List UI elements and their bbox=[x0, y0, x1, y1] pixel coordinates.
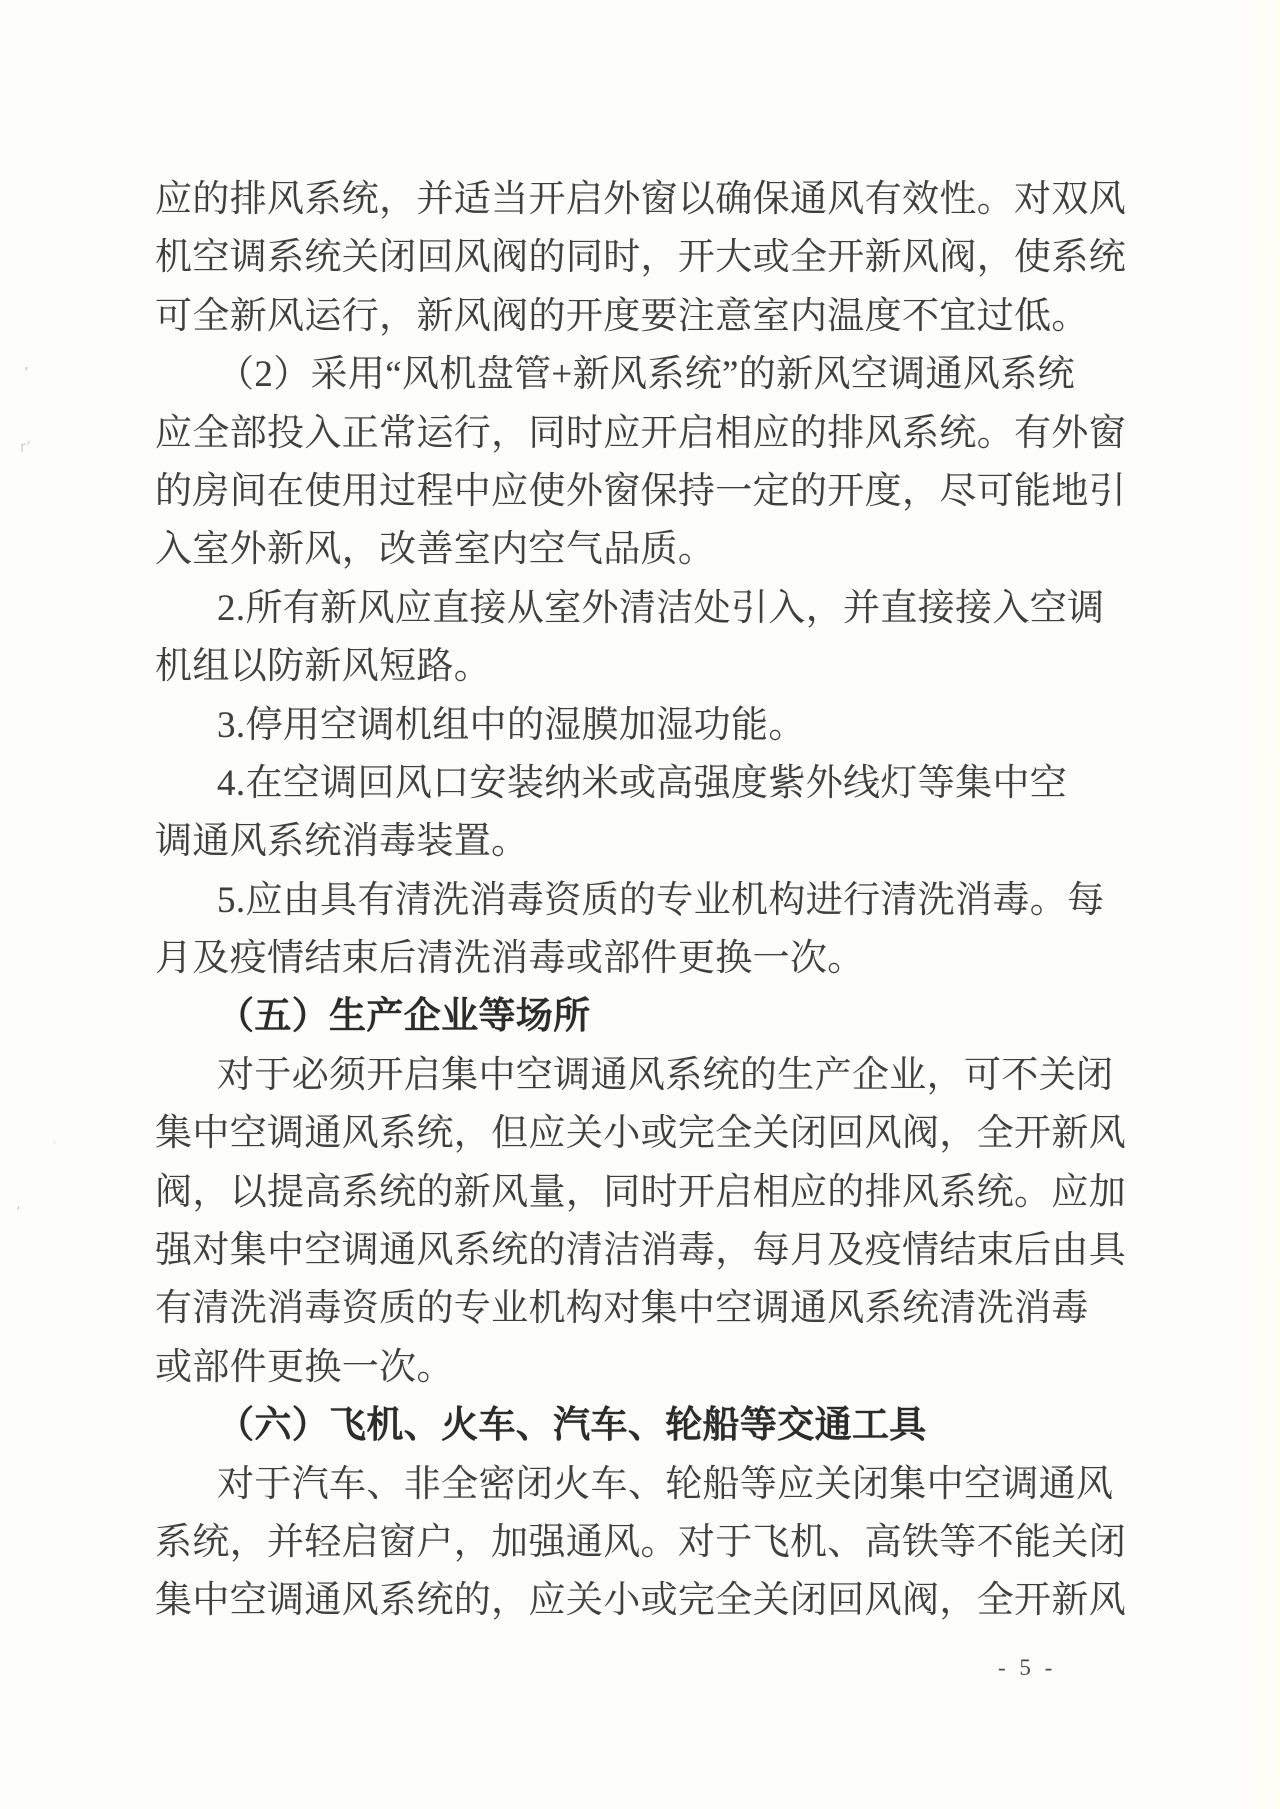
text-line: 阀，以提高系统的新风量，同时开启相应的排风系统。应加 bbox=[155, 1164, 1140, 1222]
text-line: 机空调系统关闭回风阀的同时，开大或全开新风阀，使系统 bbox=[155, 229, 1140, 287]
text-line: 对于汽车、非全密闭火车、轮船等应关闭集中空调通风 bbox=[155, 1456, 1140, 1514]
text-line: 2.所有新风应直接从室外清洁处引入，并直接接入空调 bbox=[155, 580, 1140, 638]
section-heading: （五）生产企业等场所 bbox=[155, 988, 1140, 1046]
text-line: 集中空调通风系统，但应关小或完全关闭回风阀，全开新风 bbox=[155, 1105, 1140, 1163]
text-line: 入室外新风，改善室内空气品质。 bbox=[155, 521, 1140, 579]
scan-artifact: ’ bbox=[24, 366, 29, 381]
section-heading: （六）飞机、火车、汽车、轮船等交通工具 bbox=[155, 1397, 1140, 1455]
scan-artifact: r’ bbox=[20, 440, 31, 455]
document-text-block: 应的排风系统，并适当开启外窗以确保通风有效性。对双风机空调系统关闭回风阀的同时，… bbox=[155, 171, 1140, 1631]
text-line: 集中空调通风系统的，应关小或完全关闭回风阀，全开新风 bbox=[155, 1572, 1140, 1630]
text-line: 月及疫情结束后清洗消毒或部件更换一次。 bbox=[155, 930, 1140, 988]
text-line: 4.在空调回风口安装纳米或高强度紫外线灯等集中空 bbox=[155, 755, 1140, 813]
text-line: 应的排风系统，并适当开启外窗以确保通风有效性。对双风 bbox=[155, 171, 1140, 229]
scanned-document-page: 应的排风系统，并适当开启外窗以确保通风有效性。对双风机空调系统关闭回风阀的同时，… bbox=[0, 0, 1280, 1809]
text-line: 的房间在使用过程中应使外窗保持一定的开度，尽可能地引 bbox=[155, 463, 1140, 521]
text-line: 机组以防新风短路。 bbox=[155, 638, 1140, 696]
text-line: 有清洗消毒资质的专业机构对集中空调通风系统清洗消毒 bbox=[155, 1280, 1140, 1338]
scan-artifact: ‘ bbox=[16, 1205, 21, 1220]
text-line: 5.应由具有清洗消毒资质的专业机构进行清洗消毒。每 bbox=[155, 872, 1140, 930]
text-line: 或部件更换一次。 bbox=[155, 1339, 1140, 1397]
text-line: 强对集中空调通风系统的清洁消毒，每月及疫情结束后由具 bbox=[155, 1222, 1140, 1280]
page-number: - 5 - bbox=[998, 1655, 1056, 1681]
text-line: 3.停用空调机组中的湿膜加湿功能。 bbox=[155, 697, 1140, 755]
scan-artifact: · bbox=[52, 1136, 57, 1151]
text-line: 可全新风运行，新风阀的开度要注意室内温度不宜过低。 bbox=[155, 288, 1140, 346]
text-line: 系统，并轻启窗户，加强通风。对于飞机、高铁等不能关闭 bbox=[155, 1514, 1140, 1572]
text-line: （2）采用“风机盘管+新风系统”的新风空调通风系统 bbox=[155, 346, 1140, 404]
text-line: 应全部投入正常运行，同时应开启相应的排风系统。有外窗 bbox=[155, 405, 1140, 463]
text-line: 调通风系统消毒装置。 bbox=[155, 813, 1140, 871]
text-line: 对于必须开启集中空调通风系统的生产企业，可不关闭 bbox=[155, 1047, 1140, 1105]
